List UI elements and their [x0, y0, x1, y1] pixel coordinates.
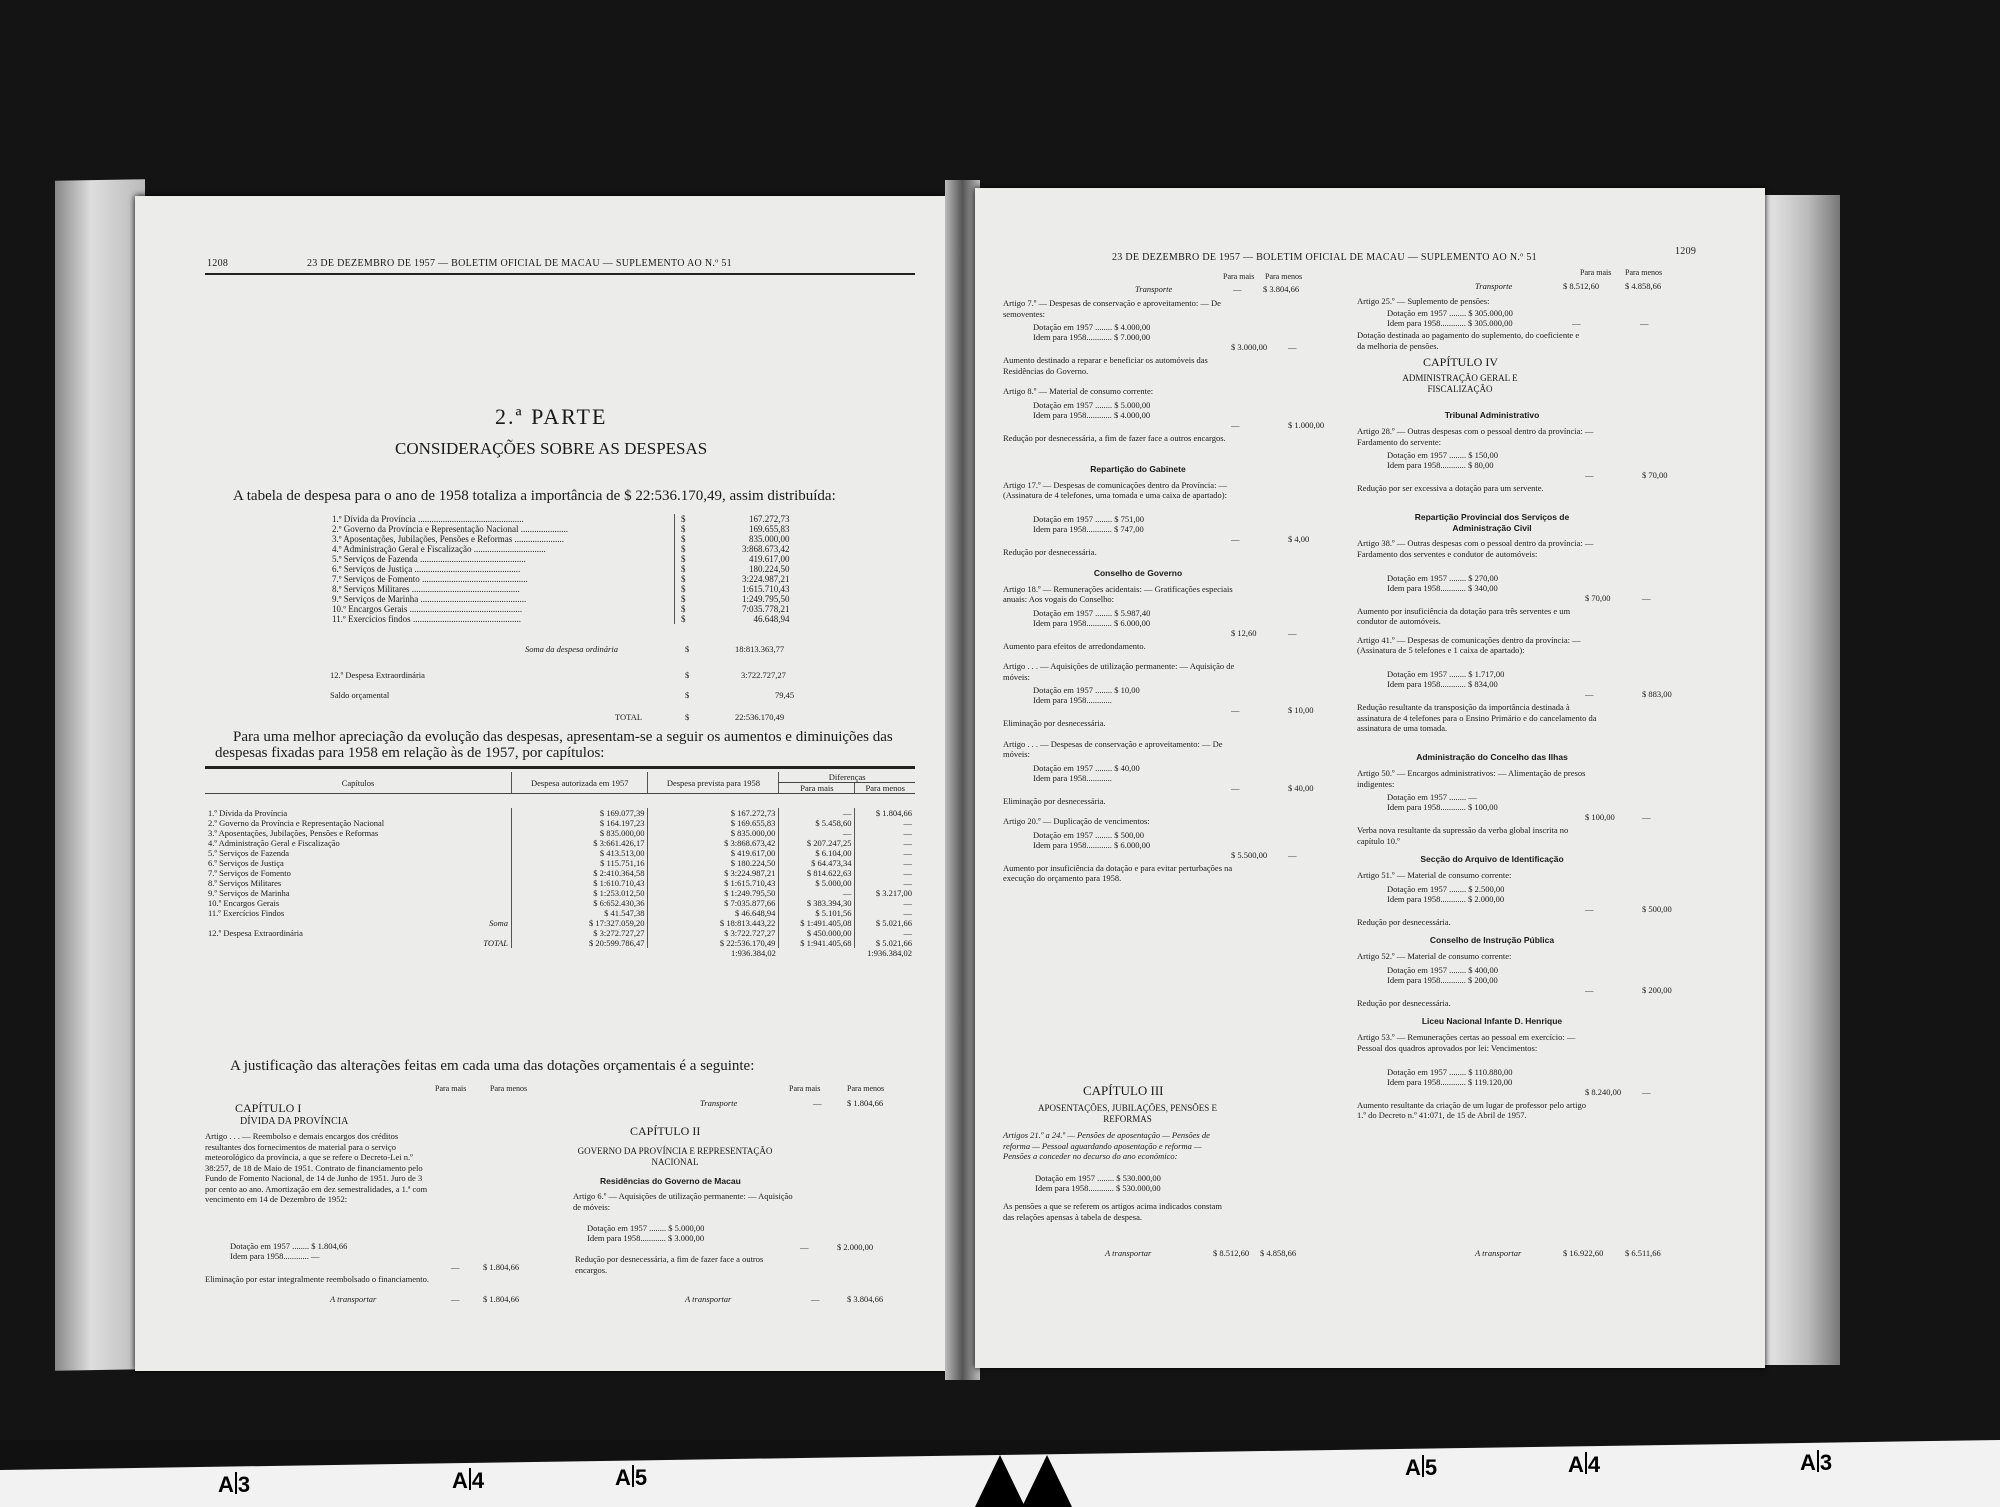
- idem-1958: Idem para 1958............: [1033, 695, 1112, 706]
- header-rule: [205, 273, 915, 275]
- para-mais-value: $ 3.000,00: [1231, 342, 1267, 353]
- comparison-row: TOTAL$ 20:599.786,47$ 22:536.170,49$ 1:9…: [205, 938, 915, 948]
- comparison-row: 1.º Dívida da Província$ 169.077,39$ 167…: [205, 808, 915, 818]
- idem-1958: Idem para 1958............ $ 80,00: [1387, 460, 1493, 471]
- para-mais-value: —: [1585, 689, 1594, 700]
- entry-note: Aumento por insuficiência da dotação par…: [1357, 606, 1597, 627]
- entry-note: Redução por ser excessiva a dotação para…: [1357, 483, 1597, 494]
- left-page: 1208 23 DE DEZEMBRO DE 1957 — BOLETIM OF…: [135, 196, 950, 1371]
- extraordinaria-label: 12.º Despesa Extraordinária: [330, 670, 425, 681]
- para-menos-value: —: [1642, 1087, 1651, 1098]
- para-menos-value: $ 883,00: [1642, 689, 1672, 700]
- dotacao-1957: Dotação em 1957 ........ $ 5.000,00: [1033, 400, 1150, 411]
- entry-text: Artigo 7.º — Despesas de conservação e a…: [1003, 298, 1243, 319]
- para-mais-value: —: [1231, 783, 1240, 794]
- entry-note: Redução por desnecessária.: [1357, 917, 1597, 928]
- comparison-row: 11.º Exercícios Findos$ 41.547,38$ 46.64…: [205, 908, 915, 918]
- entry-note: Redução por desnecessária.: [1003, 547, 1243, 558]
- book-page-edges-right: [1760, 195, 1840, 1365]
- distribution-row: 11.º Exercícios findos .................…: [330, 614, 792, 624]
- cap1-subtitle: DÍVIDA DA PROVÍNCIA: [240, 1116, 348, 1127]
- part-title: 2.ª PARTE: [495, 404, 607, 430]
- page-number: 1209: [1675, 246, 1696, 257]
- distribution-row: 8.º Serviços Militares .................…: [330, 584, 792, 594]
- entry-text: Artigo 20.º — Duplicação de vencimentos:: [1003, 816, 1243, 827]
- para-menos-value: —: [1288, 342, 1297, 353]
- intro-paragraph: A tabela de despesa para o ano de 1958 t…: [233, 488, 836, 505]
- entry-note: Eliminação por desnecessária.: [1003, 718, 1243, 729]
- cap2-title: CAPÍTULO II: [630, 1124, 700, 1139]
- entry-text: Artigo 18.º — Remunerações acidentais: —…: [1003, 584, 1243, 605]
- para-menos-value: $ 1.000,00: [1288, 420, 1324, 431]
- right-page: 23 DE DEZEMBRO DE 1957 — BOLETIM OFICIAL…: [975, 188, 1765, 1368]
- cap1-text: Artigo . . . — Reembolso e demais encarg…: [205, 1131, 435, 1205]
- para-menos-value: —: [1288, 628, 1297, 639]
- section-title: CONSIDERAÇÕES SOBRE AS DESPESAS: [395, 439, 707, 459]
- para-mais-value: —: [1231, 705, 1240, 716]
- entry-note: Redução resultante da transposição da im…: [1357, 702, 1597, 734]
- net-difference-row: 1:936.384,021:936.384,02: [205, 948, 915, 958]
- entry-text: Artigo 53.º — Remunerações certas ao pes…: [1357, 1032, 1597, 1053]
- entry-section-title: Secção do Arquivo de Identificação: [1397, 854, 1587, 865]
- center-triangle-left: [975, 1455, 1025, 1507]
- para-mais-value: —: [1231, 534, 1240, 545]
- para-mais-value: $ 12,60: [1231, 628, 1257, 639]
- idem-1958: Idem para 1958............ $ 6.000,00: [1033, 618, 1150, 629]
- dotacao-1957: Dotação em 1957 ........ $ 1.717,00: [1387, 669, 1504, 680]
- running-header: 23 DE DEZEMBRO DE 1957 — BOLETIM OFICIAL…: [307, 258, 732, 269]
- dotacao-1957: Dotação em 1957 ........ $ 40,00: [1033, 763, 1140, 774]
- para-menos-value: $ 10,00: [1288, 705, 1314, 716]
- dotacao-1957: Dotação em 1957 ........ $ 5.987,40: [1033, 608, 1150, 619]
- target-marker: A4: [1568, 1452, 1600, 1478]
- para-mais-value: —: [1231, 420, 1240, 431]
- idem-1958: Idem para 1958............ $ 6.000,00: [1033, 840, 1150, 851]
- cap3-subtitle: APOSENTAÇÕES, JUBILAÇÕES, PENSÕES E REFO…: [1015, 1103, 1240, 1124]
- entry-text: Artigo 8.º — Material de consumo corrent…: [1003, 386, 1243, 397]
- idem-1958: Idem para 1958............ $ 747,00: [1033, 524, 1144, 535]
- comparison-intro: Para uma melhor apreciação da evolução d…: [215, 729, 915, 761]
- para-mais-value: —: [1585, 470, 1594, 481]
- comparison-row: 2.º Governo da Província e Representação…: [205, 818, 915, 828]
- entry-section-title: Conselho de Instrução Pública: [1397, 935, 1587, 946]
- para-menos-value: $ 500,00: [1642, 904, 1672, 915]
- col-header-menos: Para menos: [490, 1084, 527, 1093]
- entry-section-title: Administração do Concelho das Ilhas: [1397, 752, 1587, 763]
- entry-text: Artigo 51.º — Material de consumo corren…: [1357, 870, 1597, 881]
- entry-section-title: Conselho de Governo: [1043, 568, 1233, 579]
- distribution-row: 9.º Serviços de Marinha ................…: [330, 594, 792, 604]
- comparison-row: 4.º Administração Geral e Fiscalização$ …: [205, 838, 915, 848]
- dotacao-1957: Dotação em 1957 ........ —: [1387, 792, 1477, 803]
- entry-note: Redução por desnecessária, a fim de faze…: [1003, 433, 1243, 444]
- comparison-row: 8.º Serviços Militares$ 1:610.710,43$ 1:…: [205, 878, 915, 888]
- entry-note: Aumento para efeitos de arredondamento.: [1003, 641, 1243, 652]
- comparison-row: 6.º Serviços de Justiça$ 115.751,16$ 180…: [205, 858, 915, 868]
- comparison-row: 12.º Despesa Extraordinária$ 3:272.727,2…: [205, 928, 915, 938]
- para-mais-value: —: [1585, 985, 1594, 996]
- entry-text: Artigo 28.º — Outras despesas com o pess…: [1357, 426, 1597, 447]
- para-menos-value: $ 200,00: [1642, 985, 1672, 996]
- dotacao-1957: Dotação em 1957 ........ $ 110.880,00: [1387, 1067, 1513, 1078]
- distribution-table: 1.º Dívida da Província ................…: [330, 514, 792, 624]
- idem-1958: Idem para 1958............ $ 200,00: [1387, 975, 1498, 986]
- running-header: 23 DE DEZEMBRO DE 1957 — BOLETIM OFICIAL…: [1112, 252, 1537, 263]
- entry-note: Eliminação por desnecessária.: [1003, 796, 1243, 807]
- entry-note: Verba nova resultante da supressão da ve…: [1357, 825, 1597, 846]
- idem-1958: Idem para 1958............ $ 7.000,00: [1033, 332, 1150, 343]
- entry-text: Artigo 38.º — Outras despesas com o pess…: [1357, 538, 1597, 559]
- idem-1958: Idem para 1958............ $ 119.120,00: [1387, 1077, 1512, 1088]
- target-marker: A5: [1405, 1455, 1437, 1481]
- comparison-row: 9.º Serviços de Marinha$ 1:253.012,50$ 1…: [205, 888, 915, 898]
- distribution-row: 5.º Serviços de Fazenda ................…: [330, 554, 792, 564]
- dotacao-1957: Dotação em 1957 ........ $ 270,00: [1387, 573, 1498, 584]
- para-menos-value: $ 4,00: [1288, 534, 1309, 545]
- para-menos-value: —: [1642, 812, 1651, 823]
- idem-1958: Idem para 1958............ $ 340,00: [1387, 583, 1498, 594]
- entry-section-title: Tribunal Administrativo: [1397, 410, 1587, 421]
- soma-ordinaria-label: Soma da despesa ordinária: [525, 644, 618, 655]
- idem-1958: Idem para 1958............ $ 4.000,00: [1033, 410, 1150, 421]
- target-marker: A5: [615, 1465, 647, 1491]
- target-marker: A4: [452, 1468, 484, 1494]
- idem-1958: Idem para 1958............ $ 100,00: [1387, 802, 1498, 813]
- entry-note: Aumento destinado a reparar e beneficiar…: [1003, 355, 1243, 376]
- entry-text: Artigo 50.º — Encargos administrativos: …: [1357, 768, 1597, 789]
- entry-note: Aumento resultante da criação de um luga…: [1357, 1100, 1597, 1121]
- saldo-value: 79,45: [775, 690, 794, 701]
- cap4-title: CAPÍTULO IV: [1423, 355, 1498, 370]
- entry-text: Artigo 52.º — Material de consumo corren…: [1357, 951, 1597, 962]
- idem-1958: Idem para 1958............ $ 2.000,00: [1387, 894, 1504, 905]
- col-header-mais: Para mais: [435, 1084, 466, 1093]
- idem-1958: Idem para 1958............: [1033, 773, 1112, 784]
- para-menos-value: —: [1288, 850, 1297, 861]
- distribution-row: 7.º Serviços de Fomento ................…: [330, 574, 792, 584]
- entry-text: Artigo 17.º — Despesas de comunicações d…: [1003, 480, 1243, 501]
- para-mais-value: $ 100,00: [1585, 812, 1615, 823]
- entry-text: Artigo . . . — Aquisições de utilização …: [1003, 661, 1243, 682]
- dotacao-1957: Dotação em 1957 ........ $ 10,00: [1033, 685, 1140, 696]
- comparison-row: 10.º Encargos Gerais$ 6:652.430,36$ 7:03…: [205, 898, 915, 908]
- para-menos-value: $ 70,00: [1642, 470, 1668, 481]
- cap2-subtitle: GOVERNO DA PROVÍNCIA E REPRESENTAÇÃO NAC…: [575, 1146, 775, 1167]
- para-mais-value: —: [1585, 904, 1594, 915]
- entry-section-title: Repartição Provincial dos Serviços de Ad…: [1397, 512, 1587, 533]
- dotacao-1957: Dotação em 1957 ........ $ 2.500,00: [1387, 884, 1504, 895]
- distribution-row: 4.º Administração Geral e Fiscalização .…: [330, 544, 792, 554]
- center-triangle-right: [1022, 1455, 1072, 1507]
- comparison-table: CapítulosDespesa autorizada em 1957Despe…: [205, 772, 915, 958]
- comparison-row: 5.º Serviços de Fazenda$ 413.513,00$ 419…: [205, 848, 915, 858]
- dotacao-1957: Dotação em 1957 ........ $ 400,00: [1387, 965, 1498, 976]
- saldo-label: Saldo orçamental: [330, 690, 389, 701]
- para-menos-value: —: [1642, 593, 1651, 604]
- para-mais-value: $ 5.500,00: [1231, 850, 1267, 861]
- target-marker: A3: [218, 1472, 250, 1498]
- comparison-row: 3.º Aposentações, Jubilações, Pensões e …: [205, 828, 915, 838]
- extraordinaria-value: 3:722.727,27: [741, 670, 786, 681]
- distribution-row: 2.º Governo da Província e Representação…: [330, 524, 792, 534]
- dotacao-1957: Dotação em 1957 ........ $ 751,00: [1033, 514, 1144, 525]
- entry-note: Redução por desnecessária.: [1357, 998, 1597, 1009]
- comparison-row: 7.º Serviços de Fomento$ 2:410.364,58$ 3…: [205, 868, 915, 878]
- distribution-row: 3.º Aposentações, Jubilações, Pensões e …: [330, 534, 792, 544]
- cap3-title: CAPÍTULO III: [1083, 1083, 1164, 1099]
- entry-section-title: Repartição do Gabinete: [1043, 464, 1233, 475]
- entry-note: Aumento por insuficiência da dotação e p…: [1003, 863, 1243, 884]
- distribution-row: 6.º Serviços de Justiça ................…: [330, 564, 792, 574]
- cap1-title: CAPÍTULO I: [235, 1101, 301, 1116]
- comparison-row: Soma$ 17:327.059,20$ 18:813.443,22$ 1:49…: [205, 918, 915, 928]
- para-mais-value: $ 8.240,00: [1585, 1087, 1621, 1098]
- page-number: 1208: [207, 258, 228, 269]
- entry-text: Artigo . . . — Despesas de conservação e…: [1003, 739, 1243, 760]
- target-marker: A3: [1800, 1450, 1832, 1476]
- dotacao-1957: Dotação em 1957 ........ $ 500,00: [1033, 830, 1144, 841]
- distribution-row: 10.º Encargos Gerais ...................…: [330, 604, 792, 614]
- entry-text: Artigo 41.º — Despesas de comunicações d…: [1357, 635, 1597, 656]
- entry-section-title: Liceu Nacional Infante D. Henrique: [1397, 1016, 1587, 1027]
- total-label: TOTAL: [615, 712, 642, 723]
- para-mais-value: $ 70,00: [1585, 593, 1611, 604]
- dotacao-1957: Dotação em 1957 ........ $ 4.000,00: [1033, 322, 1150, 333]
- para-menos-value: $ 40,00: [1288, 783, 1314, 794]
- book-page-edges-left: [55, 179, 145, 1371]
- dotacao-1957: Dotação em 1957 ........ $ 150,00: [1387, 450, 1498, 461]
- idem-1958: Idem para 1958............ $ 834,00: [1387, 679, 1498, 690]
- cap4-subtitle: ADMINISTRAÇÃO GERAL E FISCALIZAÇÃO: [1375, 373, 1545, 394]
- cap2-section: Residências do Governo de Macau: [600, 1176, 741, 1187]
- total-value: 22:536.170,49: [735, 712, 784, 723]
- soma-ordinaria-value: 18:813.363,77: [735, 644, 784, 655]
- justification-intro: A justificação das alterações feitas em …: [230, 1058, 754, 1075]
- distribution-row: 1.º Dívida da Província ................…: [330, 514, 792, 524]
